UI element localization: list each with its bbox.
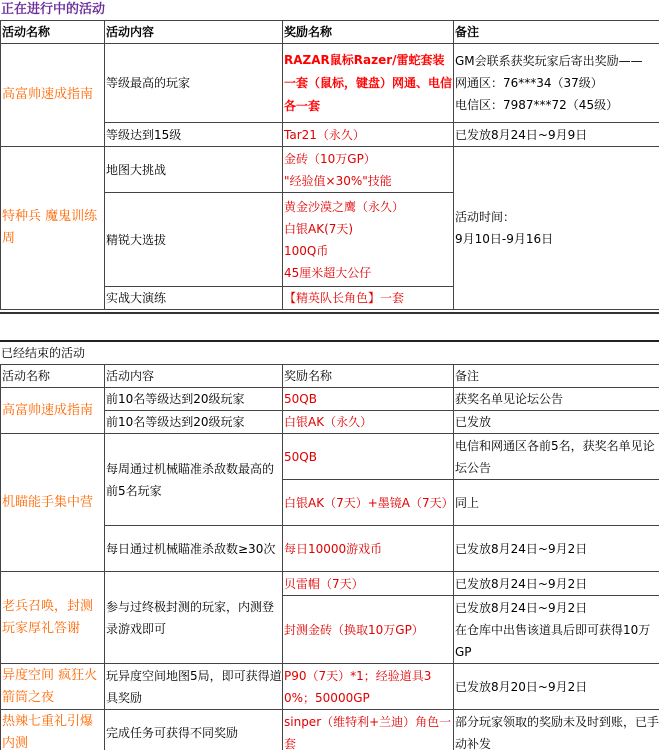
note: 活动时间： 9月10日-9月16日 [454,147,659,310]
table-row: 高富帅速成指南 等级最高的玩家 RAZAR鼠标Razer/雷蛇套装一套（鼠标，键… [1,44,659,123]
note-line: 9月10日-9月16日 [455,228,659,250]
note: 已发放8月20日~9月2日 [454,664,659,710]
reward-name: 【精英队长角色】一套 [283,287,454,310]
table-row: 机瞄能手集中营 每周通过机械瞄准杀敌数最高的前5名玩家 50QB 电信和网通区各… [1,434,659,480]
note: 已发放 [454,411,659,434]
ended-events-table: 活动名称 活动内容 奖励名称 备注 高富帅速成指南 前10名等级达到20级玩家 … [0,364,659,750]
reward-name: 贝雷帽（7天） [283,572,454,596]
reward-line: 45厘米超大公仔 [284,262,453,284]
reward-name: 50QB [283,434,454,480]
reward-name: Tar21（永久） [283,123,454,147]
event-name: 机瞄能手集中营 [1,434,105,572]
table-header-row: 活动名称 活动内容 奖励名称 备注 [1,21,659,44]
event-content: 每周通过机械瞄准杀敌数最高的前5名玩家 [105,434,283,526]
ongoing-events-table: 活动名称 活动内容 奖励名称 备注 高富帅速成指南 等级最高的玩家 RAZAR鼠… [0,20,659,310]
note: 部分玩家领取的奖励未及时到账，已手动补发 [454,710,659,750]
event-name: 高富帅速成指南 [1,44,105,147]
event-content: 实战大演练 [105,287,283,310]
header-event-content: 活动内容 [105,21,283,44]
note: 电信和网通区各前5名，获奖名单见论坛公告 [454,434,659,480]
reward-name: 白银AK（7天）+墨镜A（7天） [283,480,454,526]
event-content: 前10名等级达到20级玩家 [105,388,283,411]
header-event-name: 活动名称 [1,21,105,44]
header-reward-name: 奖励名称 [283,365,454,388]
ended-section-title: 已经结束的活动 [0,342,659,364]
table-row: 异度空间 疯狂火箭筒之夜 玩异度空间地图5局，即可获得道具奖励 P90（7天）*… [1,664,659,710]
note: 已发放8月24日~9月2日 [454,526,659,572]
header-note: 备注 [454,21,659,44]
note: 已发放8月24日~9月2日 [454,572,659,596]
event-content: 每日通过机械瞄准杀敌数≥30次 [105,526,283,572]
note-line: 在仓库中出售该道具后即可获得10万GP [455,619,659,663]
event-content: 等级最高的玩家 [105,44,283,123]
table-row: 热辣七重礼引爆内测 完成任务可获得不同奖励 sinper（维特利+兰迪）角色一套… [1,710,659,750]
event-content: 精锐大选拔 [105,193,283,287]
table-row: 高富帅速成指南 前10名等级达到20级玩家 50QB 获奖名单见论坛公告 [1,388,659,411]
event-content: 前10名等级达到20级玩家 [105,411,283,434]
event-name: 热辣七重礼引爆内测 [1,710,105,750]
note-line: GM会联系获奖玩家后寄出奖励—— [455,50,659,72]
reward-name: 每日10000游戏币 [283,526,454,572]
event-content: 地图大挑战 [105,147,283,193]
reward-name: 白银AK（永久） [283,411,454,434]
reward-line: "经验值×30%"技能 [284,170,453,192]
event-content: 参与过终极封测的玩家，内测登录游戏即可 [105,572,283,664]
reward-line: 黄金沙漠之鹰（永久） [284,196,453,218]
event-name: 老兵召唤，封测玩家厚礼答谢 [1,572,105,664]
event-content: 玩异度空间地图5局，即可获得道具奖励 [105,664,283,710]
header-note: 备注 [454,365,659,388]
reward-name: sinper（维特利+兰迪）角色一套 [283,710,454,750]
header-reward-name: 奖励名称 [283,21,454,44]
note-line: 活动时间： [455,206,659,228]
note: GM会联系获奖玩家后寄出奖励—— 网通区：76***34（37级） 电信区：79… [454,44,659,123]
reward-name: RAZAR鼠标Razer/雷蛇套装一套（鼠标，键盘）网通、电信各一套 [283,44,454,123]
reward-line: 100Q币 [284,240,453,262]
reward-name: 封测金砖（换取10万GP） [283,596,454,664]
reward-name: 金砖（10万GP） "经验值×30%"技能 [283,147,454,193]
ongoing-section-title: 正在进行中的活动 [0,0,659,20]
reward-line: 白银AK(7天) [284,218,453,240]
event-name: 高富帅速成指南 [1,388,105,434]
note: 同上 [454,480,659,526]
reward-line: 金砖（10万GP） [284,148,453,170]
reward-name: 黄金沙漠之鹰（永久） 白银AK(7天) 100Q币 45厘米超大公仔 [283,193,454,287]
note-line: 网通区：76***34（37级） [455,72,659,94]
note-line: 电信区：7987***72（45级） [455,94,659,116]
reward-name: 50QB [283,388,454,411]
header-event-content: 活动内容 [105,365,283,388]
section-divider [0,312,659,342]
table-row: 特种兵 魔鬼训练周 地图大挑战 金砖（10万GP） "经验值×30%"技能 活动… [1,147,659,193]
note: 已发放8月24日~9月2日 在仓库中出售该道具后即可获得10万GP [454,596,659,664]
event-name: 异度空间 疯狂火箭筒之夜 [1,664,105,710]
event-content: 完成任务可获得不同奖励 [105,710,283,750]
note: 已发放8月24日~9月9日 [454,123,659,147]
event-content: 等级达到15级 [105,123,283,147]
table-row: 老兵召唤，封测玩家厚礼答谢 参与过终极封测的玩家，内测登录游戏即可 贝雷帽（7天… [1,572,659,596]
header-event-name: 活动名称 [1,365,105,388]
note: 获奖名单见论坛公告 [454,388,659,411]
table-header-row: 活动名称 活动内容 奖励名称 备注 [1,365,659,388]
event-name: 特种兵 魔鬼训练周 [1,147,105,310]
note-line: 已发放8月24日~9月2日 [455,597,659,619]
reward-name: P90（7天）*1；经验道具30%；50000GP [283,664,454,710]
